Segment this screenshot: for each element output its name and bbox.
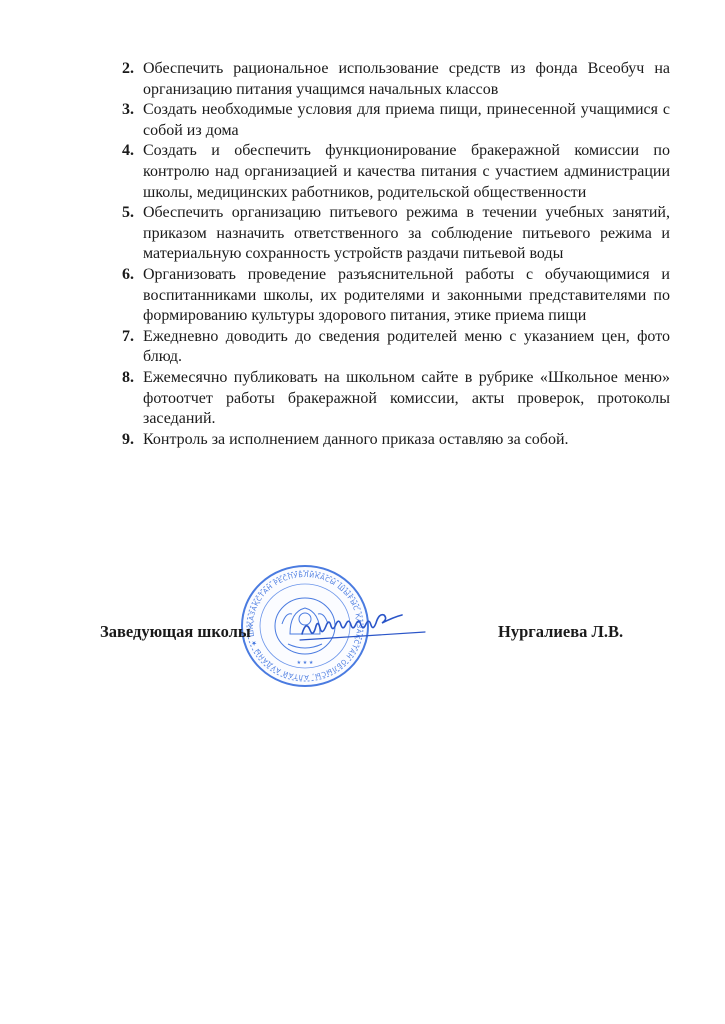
order-items-list: 2.Обеспечить рациональное использование … — [122, 59, 670, 450]
list-item: 9.Контроль за исполнением данного приказ… — [122, 430, 670, 451]
svg-text:★ ★ ★: ★ ★ ★ — [297, 660, 314, 666]
item-text: Ежедневно доводить до сведения родителей… — [143, 328, 670, 366]
list-item: 4.Создать и обеспечить функционирование … — [122, 141, 670, 203]
list-item: 8.Ежемесячно публиковать на школьном сай… — [122, 368, 670, 430]
item-number: 6. — [122, 265, 134, 286]
item-number: 7. — [122, 327, 134, 348]
signatory-name: Нургалиева Л.В. — [498, 622, 623, 642]
item-text: Контроль за исполнением данного приказа … — [143, 431, 569, 448]
item-number: 9. — [122, 430, 134, 451]
list-item: 7.Ежедневно доводить до сведения родител… — [122, 327, 670, 368]
item-text: Ежемесячно публиковать на школьном сайте… — [143, 369, 670, 427]
item-text: Обеспечить рациональное использование ср… — [143, 60, 670, 98]
item-number: 5. — [122, 203, 134, 224]
list-item: 2.Обеспечить рациональное использование … — [122, 59, 670, 100]
signatory-title: Заведующая школы — [100, 622, 251, 642]
item-text: Создать и обеспечить функционирование бр… — [143, 142, 670, 200]
item-number: 4. — [122, 141, 134, 162]
list-item: 3.Создать необходимые условия для приема… — [122, 100, 670, 141]
item-text: Создать необходимые условия для приема п… — [143, 101, 670, 139]
list-item: 6.Организовать проведение разъяснительно… — [122, 265, 670, 327]
list-item: 5.Обеспечить организацию питьевого режим… — [122, 203, 670, 265]
item-text: Организовать проведение разъяснительной … — [143, 266, 670, 324]
item-number: 2. — [122, 59, 134, 80]
item-number: 3. — [122, 100, 134, 121]
handwritten-signature — [298, 612, 433, 648]
item-number: 8. — [122, 368, 134, 389]
item-text: Обеспечить организацию питьевого режима … — [143, 204, 670, 262]
signature-icon — [298, 612, 433, 648]
